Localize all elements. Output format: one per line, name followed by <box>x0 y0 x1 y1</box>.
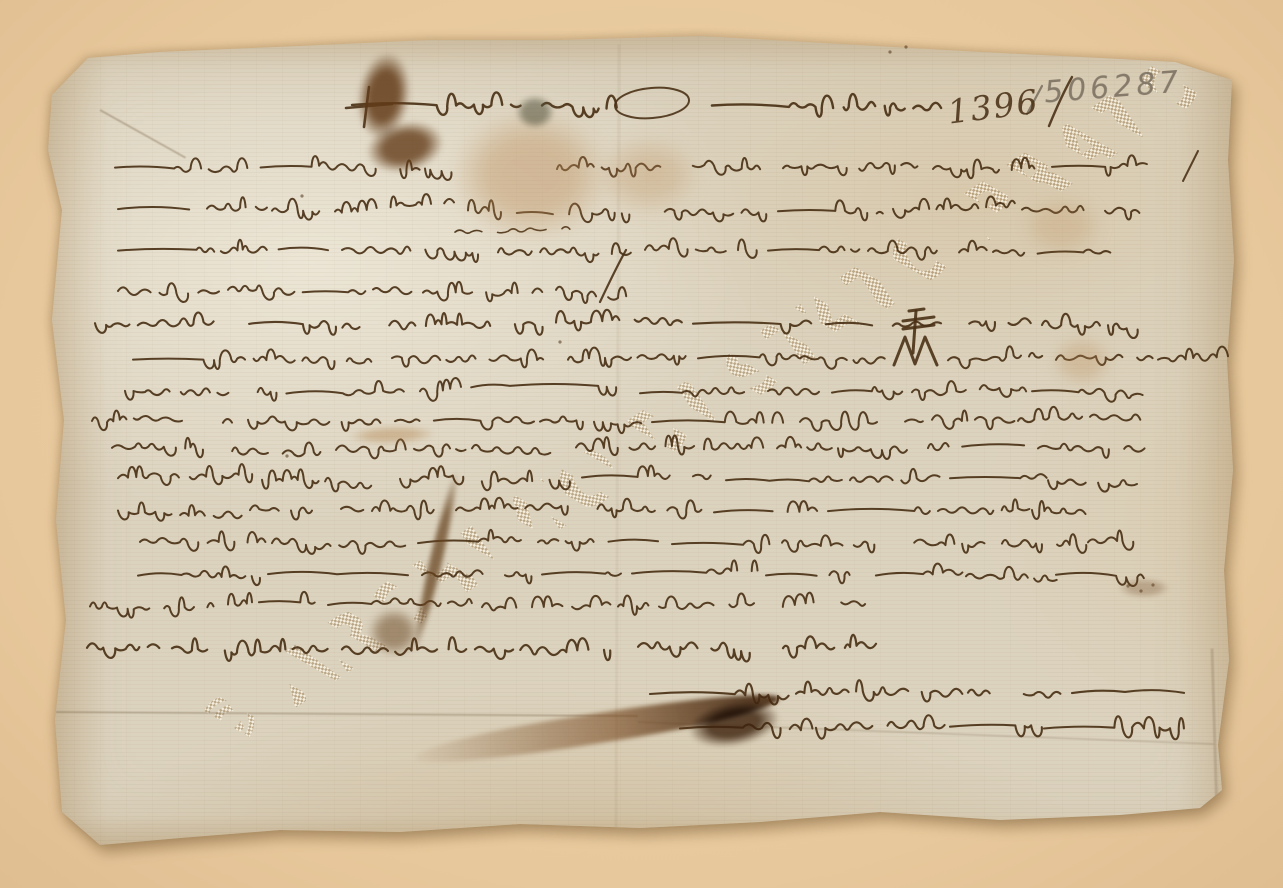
body-line-9 <box>472 445 565 455</box>
body-line-13 <box>876 564 973 576</box>
body-line-6 <box>133 349 381 369</box>
signature-line-2 <box>950 725 1048 737</box>
line-end-slash <box>1183 151 1198 181</box>
body-line-14 <box>228 592 331 606</box>
body-line-7 <box>258 381 413 401</box>
body-line-10 <box>1048 480 1148 492</box>
body-line-9 <box>112 438 215 457</box>
body-line-13 <box>632 560 771 573</box>
merchant-mark-symbol <box>903 317 934 321</box>
body-line-11 <box>828 507 936 514</box>
body-line-6 <box>392 349 556 367</box>
ink-speck <box>558 340 561 343</box>
body-line-6 <box>1158 347 1239 362</box>
heading-slash <box>1049 77 1072 126</box>
body-line-4 <box>228 286 375 300</box>
body-line-10 <box>950 474 1060 479</box>
body-line-8 <box>800 412 930 431</box>
body-line-1 <box>1052 155 1157 175</box>
body-line-7 <box>768 387 911 399</box>
body-line-14 <box>618 594 770 615</box>
body-line-9 <box>576 436 702 455</box>
signature-line-1 <box>796 680 972 701</box>
ink-speck <box>1139 589 1142 592</box>
body-line-12 <box>538 539 658 551</box>
body-line-10 <box>262 469 384 491</box>
body-line-7 <box>640 387 756 396</box>
ink-speck <box>300 194 303 197</box>
body-line-3 <box>768 246 868 252</box>
ink-speck <box>1126 584 1129 587</box>
merchant-mark-symbol <box>894 337 937 365</box>
body-line-1 <box>425 169 467 180</box>
body-line-11 <box>118 502 251 520</box>
body-line-10 <box>118 464 261 485</box>
ink-speck <box>1151 583 1154 586</box>
body-line-8 <box>1018 407 1156 422</box>
body-line-12 <box>418 530 529 543</box>
merchant-mark-symbol <box>913 311 916 353</box>
body-line-3 <box>118 240 328 253</box>
body-line-2 <box>272 194 467 220</box>
signature-line-2 <box>816 715 957 738</box>
body-line-9 <box>838 447 921 459</box>
body-line-6 <box>568 348 694 367</box>
body-line-6 <box>1056 355 1168 365</box>
body-line-13 <box>966 567 1069 582</box>
body-line-3 <box>993 250 1122 256</box>
body-line-9 <box>336 439 480 458</box>
body-line-5 <box>826 322 955 327</box>
body-line-3 <box>498 243 638 262</box>
signature-line-2 <box>680 719 825 738</box>
body-line-4 <box>556 287 640 303</box>
body-line-6 <box>948 346 1057 368</box>
heading-line <box>352 92 531 114</box>
merchant-mark-symbol <box>909 309 924 311</box>
body-line-5 <box>1042 314 1149 338</box>
body-line-14 <box>90 597 220 617</box>
body-line-14 <box>783 593 881 607</box>
closing-line <box>783 635 882 658</box>
heading-circle <box>615 88 689 119</box>
body-line-10 <box>850 469 948 483</box>
body-line-12 <box>140 531 278 550</box>
signature-line-1 <box>650 684 802 705</box>
body-line-12 <box>782 535 890 552</box>
body-line-11 <box>1032 501 1097 519</box>
body-line-10 <box>482 471 577 491</box>
body-line-13 <box>422 570 544 583</box>
body-line-9 <box>928 443 1024 450</box>
body-line-9 <box>232 443 328 457</box>
body-line-10 <box>400 466 476 487</box>
body-line-2 <box>778 200 892 220</box>
body-line-6 <box>698 354 814 366</box>
body-line-6 <box>800 356 896 369</box>
body-line-12 <box>1002 534 1102 553</box>
body-line-2 <box>665 209 774 221</box>
body-line-7 <box>125 388 235 399</box>
body-line-8 <box>248 417 394 431</box>
body-line-13 <box>268 572 408 575</box>
body-line-10 <box>726 476 851 482</box>
body-line-11 <box>456 498 582 515</box>
body-line-1 <box>115 156 430 178</box>
ink-speck <box>888 50 891 53</box>
body-line-14 <box>482 596 621 611</box>
body-line-13 <box>542 572 637 576</box>
body-line-7 <box>420 378 624 401</box>
body-line-8 <box>932 410 1030 429</box>
body-line-11 <box>250 505 370 519</box>
body-line-5 <box>389 313 558 335</box>
body-line-2 <box>1022 206 1146 220</box>
body-line-3 <box>342 247 490 262</box>
body-line-3 <box>645 238 769 258</box>
body-line-1 <box>557 157 767 177</box>
body-line-11 <box>598 499 715 519</box>
body-line-4 <box>373 282 551 301</box>
body-line-14 <box>328 598 485 606</box>
body-line-2 <box>468 200 640 222</box>
closing-line <box>638 642 766 661</box>
body-line-12 <box>914 534 997 552</box>
body-line-9 <box>704 437 838 450</box>
handwriting-layer: 1396 <box>0 0 1283 888</box>
body-line-5 <box>249 321 366 335</box>
body-line-11 <box>938 499 1045 514</box>
body-line-8 <box>652 412 792 424</box>
body-line-1 <box>783 163 924 175</box>
body-line-7 <box>1032 389 1156 402</box>
body-line-10 <box>582 466 722 480</box>
ink-speck <box>904 45 907 48</box>
body-line-13 <box>766 571 862 583</box>
body-line-13 <box>138 566 276 585</box>
body-line-3 <box>868 241 995 260</box>
body-line-8 <box>395 417 544 430</box>
mid-slash <box>600 250 626 302</box>
closing-line <box>475 638 621 660</box>
closing-line <box>342 637 473 655</box>
body-line-5 <box>693 321 827 334</box>
signature-line-2 <box>1044 716 1190 739</box>
signature-line-1 <box>1072 690 1184 693</box>
body-line-12 <box>1088 530 1145 549</box>
body-line-8 <box>92 411 243 431</box>
body-line-5 <box>556 310 692 331</box>
closing-line <box>87 643 169 658</box>
body-line-2 <box>118 197 283 211</box>
body-line-12 <box>272 538 412 553</box>
body-line-5 <box>969 318 1038 331</box>
ink-speck <box>285 454 288 457</box>
body-line-4 <box>118 283 233 302</box>
body-line-9 <box>1038 444 1155 458</box>
signature-line-1 <box>968 690 1076 698</box>
interlinear-addition <box>455 227 577 233</box>
body-line-5 <box>95 313 229 333</box>
body-line-1 <box>933 158 1049 178</box>
closing-line <box>172 638 337 661</box>
body-line-7 <box>912 381 1039 400</box>
body-line-11 <box>714 501 824 512</box>
body-line-2 <box>893 196 1022 217</box>
heading-line <box>712 94 954 117</box>
date-year-text: 1396 <box>945 82 1041 132</box>
body-line-13 <box>1056 573 1159 586</box>
body-line-11 <box>372 500 448 519</box>
body-line-12 <box>672 535 778 553</box>
body-line-8 <box>540 417 654 434</box>
scan-background: { "labels": { "archival_number": "506287… <box>0 0 1283 888</box>
